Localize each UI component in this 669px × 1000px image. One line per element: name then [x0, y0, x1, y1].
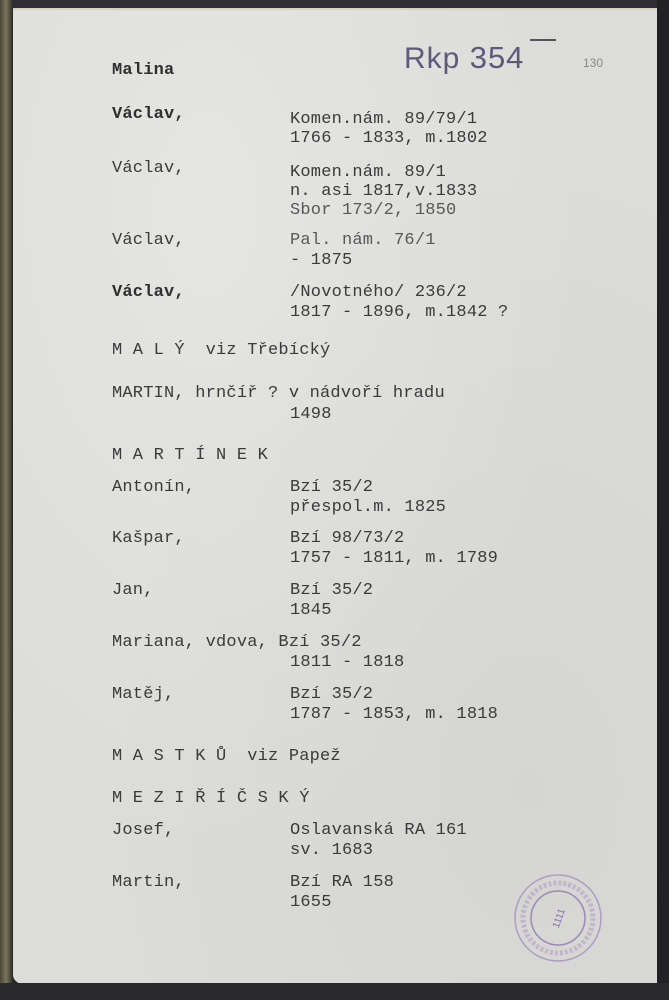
entry-dates: sv. 1683	[290, 842, 373, 860]
binding-spine	[0, 0, 12, 1000]
entry-name: Martin,	[112, 874, 185, 892]
entry-name: MARTIN, hrnčíř ? v nádvoří hradu	[112, 385, 445, 403]
entry-dates: 1655	[290, 894, 332, 912]
entry-name: Jan,	[112, 582, 154, 600]
surname-heading: M E Z I Ř Í Č S K Ý	[112, 790, 310, 808]
surname-heading: M A S T K Ů viz Papež	[112, 748, 341, 766]
entry-name: Antonín,	[112, 479, 195, 497]
entry-name: Matěj,	[112, 686, 174, 704]
scan-bottom-border	[0, 983, 669, 1000]
surname-heading: M A R T Í N E K	[112, 447, 268, 465]
shelfmark-stamp: Rkp 354	[404, 40, 524, 76]
surname-heading: M A L Ý viz Třebícký	[112, 342, 330, 360]
entry-dates: 1766 - 1833, m.1802	[290, 130, 488, 148]
entry-note: Sbor 173/2, 1850	[290, 202, 456, 220]
entry-name: Václav,	[112, 232, 185, 250]
library-round-stamp-icon: 1111	[512, 872, 604, 964]
entry-address: Oslavanská RA 161	[290, 822, 467, 840]
entry-address: Bzí 35/2	[290, 479, 373, 497]
entry-address: Pal. nám. 76/1	[290, 232, 436, 250]
entry-address: /Novotného/ 236/2	[290, 284, 467, 302]
entry-address: Komen.nám. 89/79/1	[290, 111, 477, 129]
entry-name: Mariana, vdova, Bzí 35/2	[112, 634, 362, 652]
stamp-overline	[530, 39, 556, 41]
shelfmark-number: 354	[470, 40, 525, 75]
entry-address: Komen.nám. 89/1	[290, 164, 446, 182]
entry-name: Václav,	[112, 284, 185, 302]
entry-dates: 1757 - 1811, m. 1789	[290, 550, 498, 568]
entry-dates: 1811 - 1818	[290, 654, 404, 672]
entry-dates: 1817 - 1896, m.1842 ?	[290, 304, 508, 322]
entry-dates: 1787 - 1853, m. 1818	[290, 706, 498, 724]
entry-dates: - 1875	[290, 252, 352, 270]
entry-address: Bzí RA 158	[290, 874, 394, 892]
entry-name: Václav,	[112, 160, 185, 178]
pencil-page-note: 130	[583, 56, 603, 70]
scan-right-border	[657, 0, 669, 1000]
entry-address: Bzí 98/73/2	[290, 530, 404, 548]
entry-dates: 1845	[290, 602, 332, 620]
entry-name: Václav,	[112, 106, 185, 124]
entry-dates: n. asi 1817,v.1833	[290, 183, 477, 201]
entry-name: Kašpar,	[112, 530, 185, 548]
entry-name: Josef,	[112, 822, 174, 840]
entry-address: Bzí 35/2	[290, 582, 373, 600]
entry-dates: přespol.m. 1825	[290, 499, 446, 517]
shelfmark-prefix: Rkp	[404, 42, 460, 75]
round-stamp-inner-text: 1111	[551, 907, 568, 930]
entry-address: Bzí 35/2	[290, 686, 373, 704]
entry-dates: 1498	[290, 406, 332, 424]
scan-top-border	[0, 0, 669, 8]
surname-heading: Malina	[112, 62, 174, 80]
